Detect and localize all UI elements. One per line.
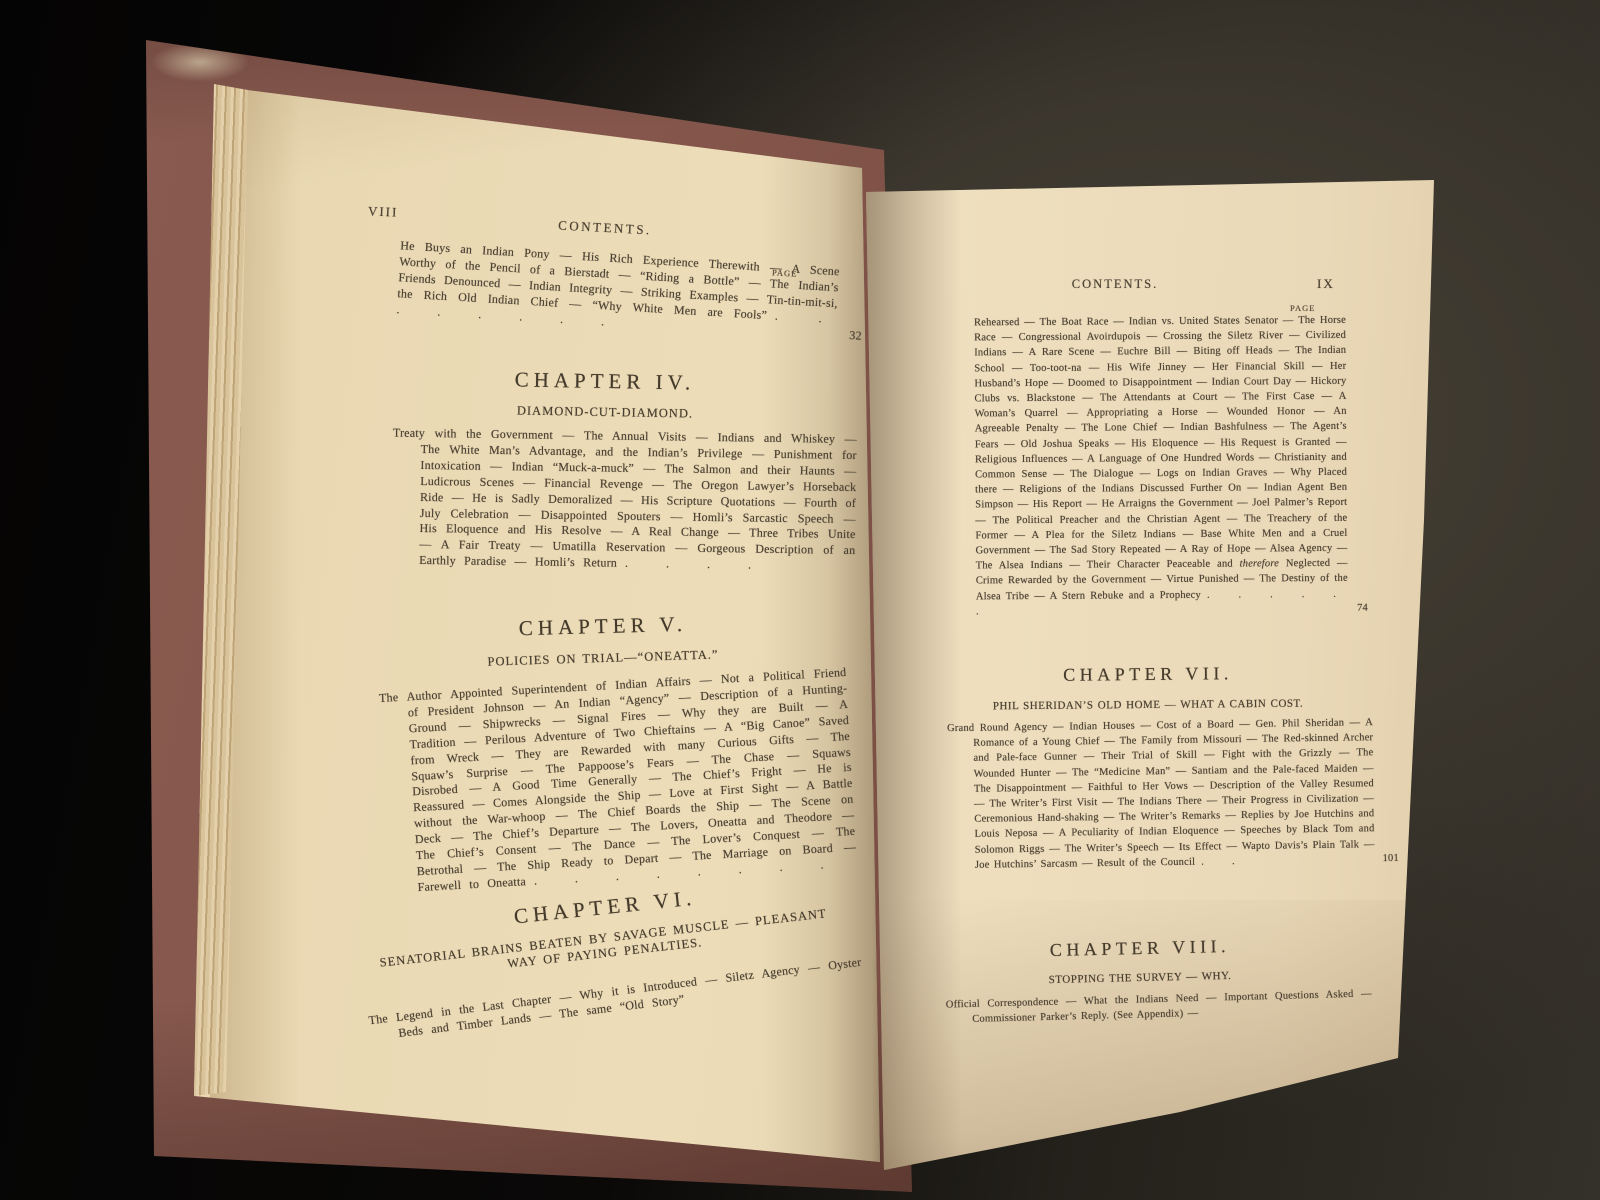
open-book-photo: VIII CONTENTS. PAGE He Buys an Indian Po… [0,0,1600,1200]
entry-page-number: 74 [1357,600,1368,615]
entry-text: Grand Round Agency — Indian Houses — Cos… [947,717,1375,870]
chapter-iv-entry: Treaty with the Government — The Annual … [391,426,887,576]
chapter-v-entry: The Author Appointed Superintendent of I… [379,663,888,897]
toc-entry-continuation: Rehearsed — The Boat Race — Indian vs. U… [974,313,1368,620]
entry-page-number: 101 [1382,851,1399,866]
entry-page-number: 32 [849,328,862,345]
leader-dots: . . . . [625,556,766,572]
right-running-head: CONTENTS. [1000,277,1230,292]
chapter-vii-entry: Grand Round Agency — Indian Houses — Cos… [947,715,1399,873]
entry-text-italic: therefore [1240,558,1280,569]
entry-text: Rehearsed — The Boat Race — Indian vs. U… [974,315,1348,572]
chapter-vii-title: CHAPTER VII. [968,662,1328,686]
left-folio: VIII [368,203,399,220]
right-folio: IX [1317,276,1335,292]
entry-text: Treaty with the Government — The Annual … [393,426,857,570]
right-page-column-label: PAGE [1290,303,1315,313]
leader-dots: . . [1201,856,1247,868]
